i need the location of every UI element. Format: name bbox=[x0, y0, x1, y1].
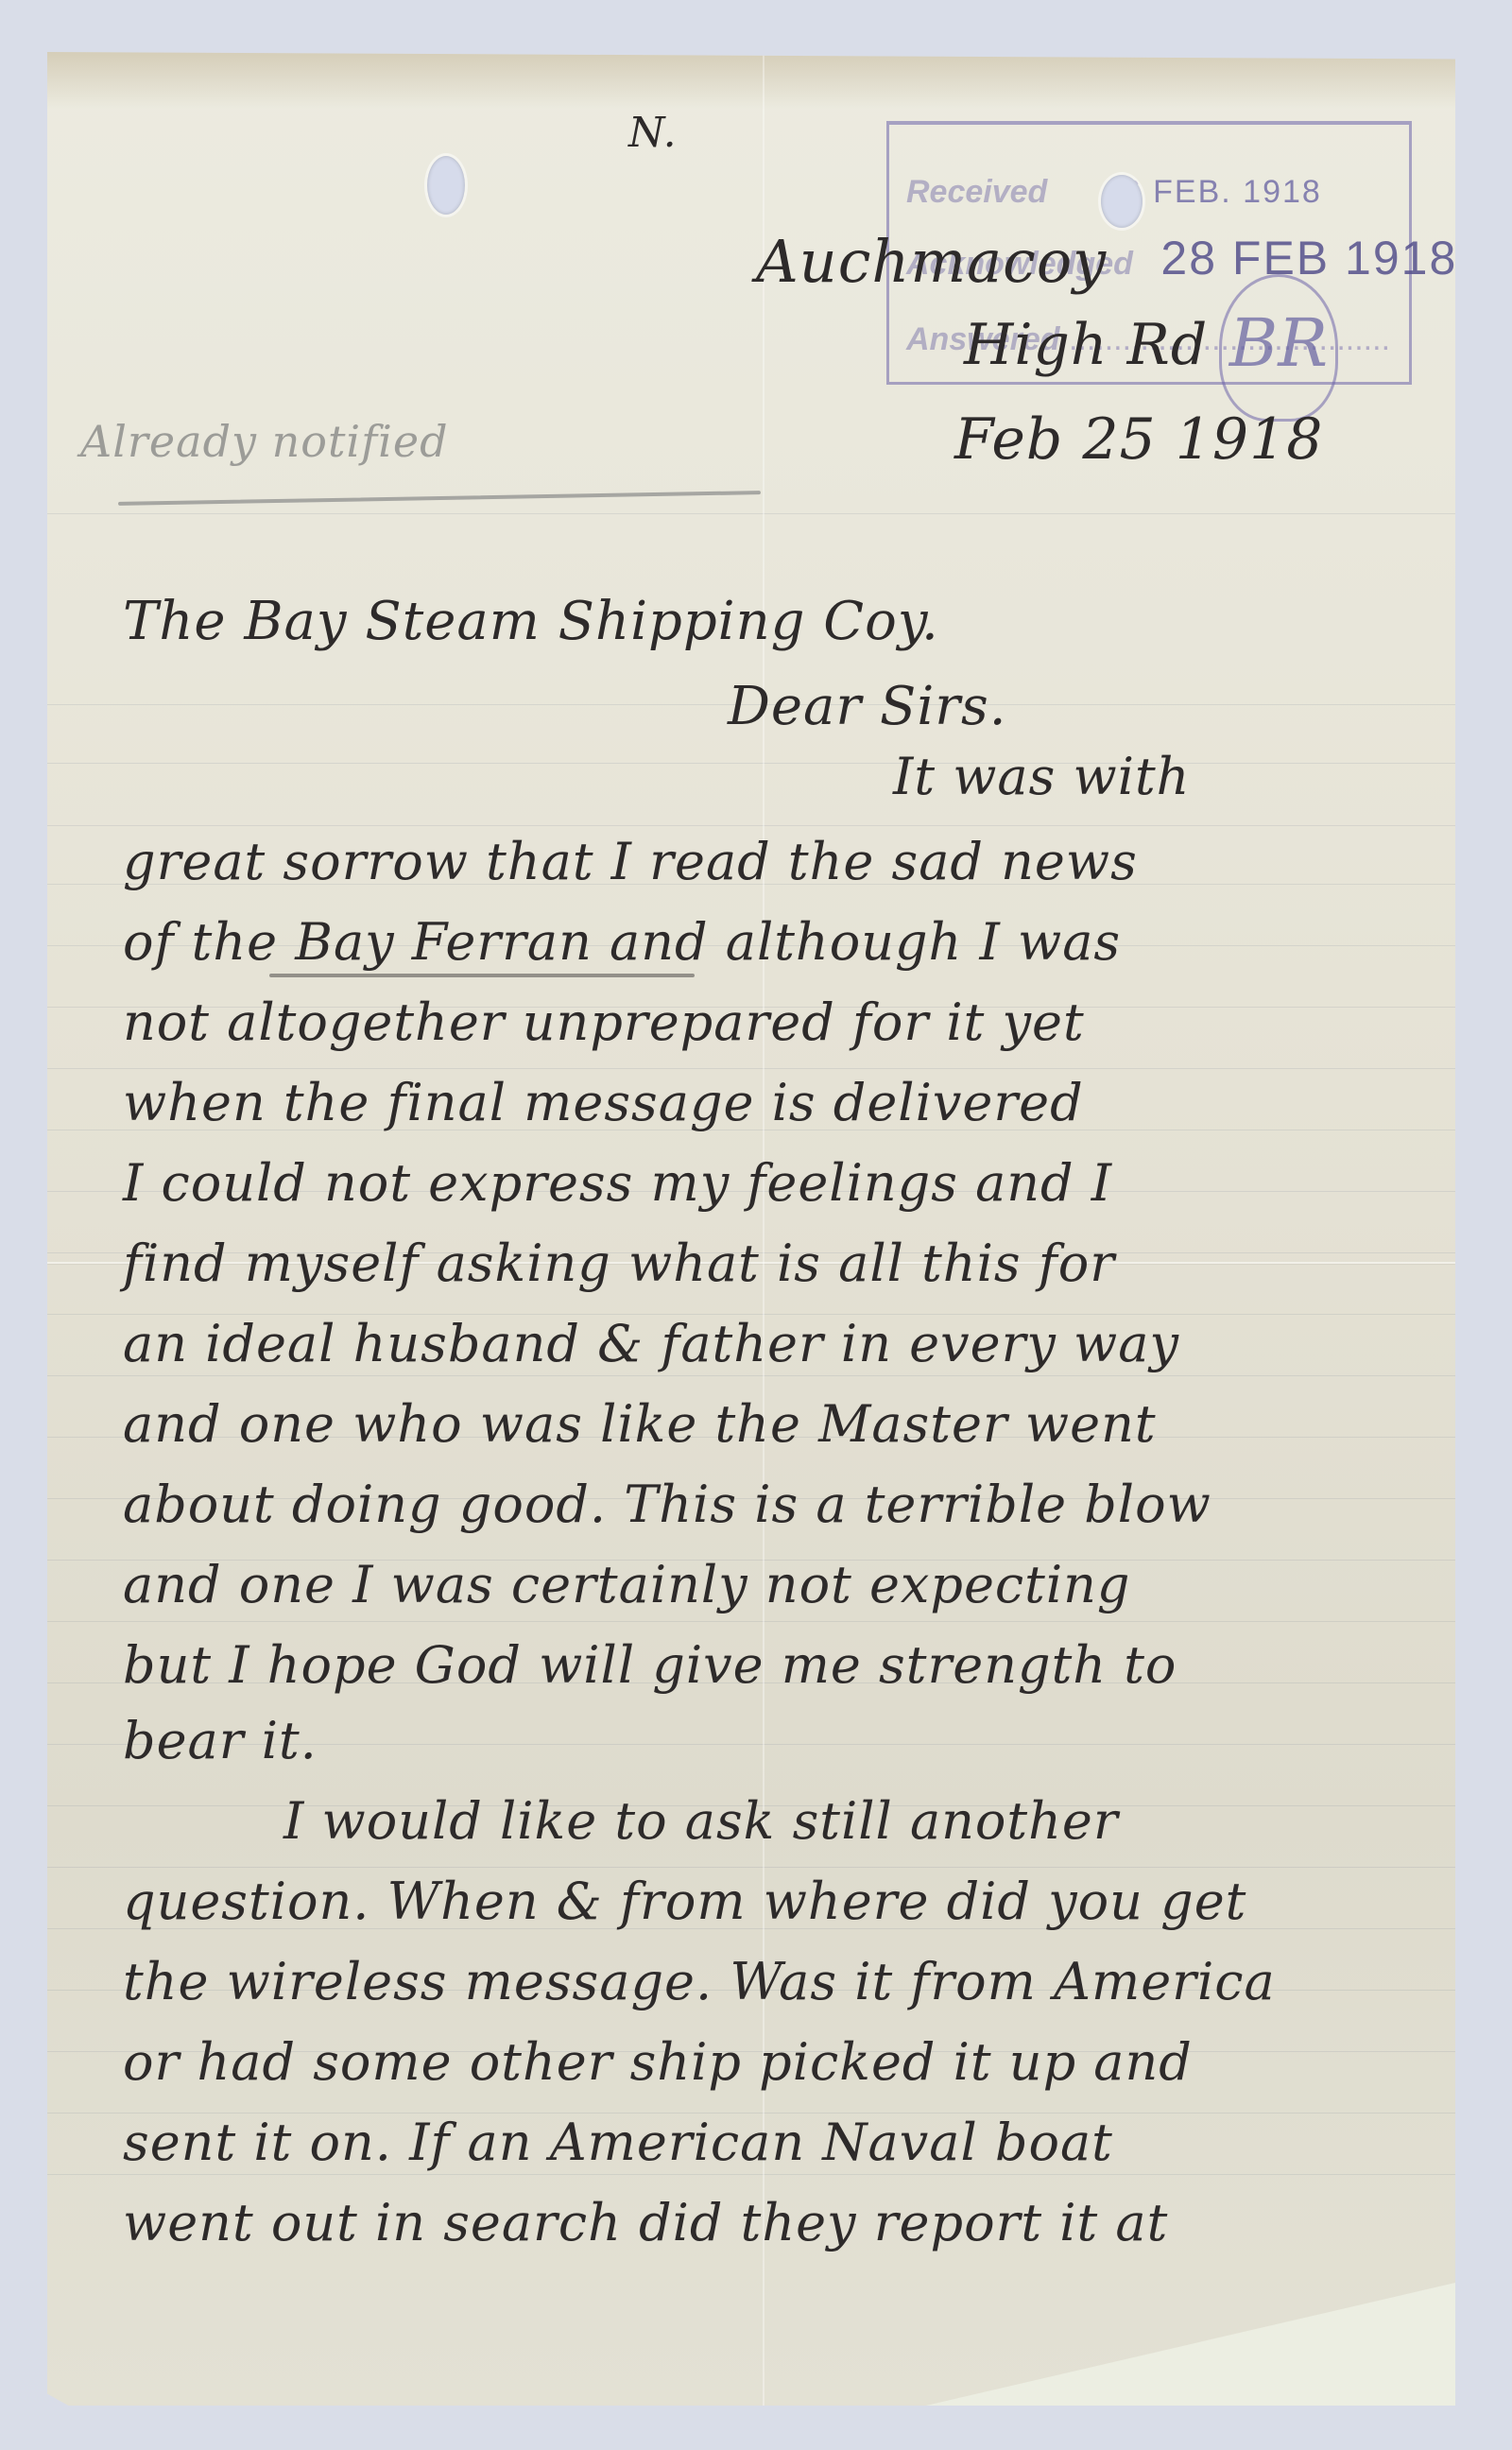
stamp-monogram: BR bbox=[1219, 274, 1338, 422]
body-line: when the final message is delivered bbox=[123, 1073, 1084, 1132]
body-line: but I hope God will give me strength to bbox=[123, 1635, 1177, 1695]
ruled-line bbox=[47, 2174, 1455, 2175]
page-marker: N. bbox=[628, 109, 678, 157]
body-line: or had some other ship picked it up and bbox=[123, 2032, 1193, 2092]
body-line: I would like to ask still another bbox=[283, 1791, 1119, 1851]
body-line: sent it on. If an American Naval boat bbox=[123, 2113, 1113, 2172]
body-line: not altogether unprepared for it yet bbox=[123, 992, 1085, 1052]
ruled-line bbox=[47, 825, 1455, 826]
ruled-line bbox=[47, 1068, 1455, 1069]
body-line: question. When & from where did you get bbox=[123, 1872, 1246, 1931]
body-line: and one I was certainly not expecting bbox=[123, 1555, 1130, 1614]
punch-hole bbox=[1101, 175, 1143, 228]
ruled-line bbox=[47, 1621, 1455, 1622]
stamp-acknowledged-date: 28 FEB 1918 bbox=[1160, 232, 1457, 285]
body-line: find myself asking what is all this for bbox=[123, 1234, 1115, 1293]
body-line: an ideal husband & father in every way bbox=[123, 1314, 1179, 1373]
ruled-line bbox=[47, 1375, 1455, 1376]
body-line: bear it. bbox=[123, 1711, 318, 1770]
salutation: Dear Sirs. bbox=[728, 676, 1007, 737]
pencil-note: Already notified bbox=[80, 416, 449, 467]
letter-date: Feb 25 1918 bbox=[954, 406, 1323, 473]
stamp-received-date: 6 FEB. 1918 bbox=[1123, 174, 1322, 210]
ruled-line bbox=[47, 763, 1455, 764]
address-line-2: High Rd bbox=[964, 312, 1208, 378]
folded-corner bbox=[926, 2283, 1455, 2406]
recipient: The Bay Steam Shipping Coy. bbox=[123, 591, 939, 652]
stamp-received-label: Received bbox=[906, 174, 1047, 210]
address-line-1: Auchmacoy bbox=[756, 227, 1107, 296]
body-line: It was with bbox=[893, 747, 1190, 806]
ruled-line bbox=[47, 1867, 1455, 1868]
body-line: great sorrow that I read the sad news bbox=[123, 832, 1138, 891]
body-line: about doing good. This is a terrible blo… bbox=[123, 1475, 1211, 1534]
body-line: I could not express my feelings and I bbox=[123, 1153, 1112, 1213]
body-line: the wireless message. Was it from Americ… bbox=[123, 1952, 1276, 2011]
body-line: went out in search did they report it at bbox=[123, 2193, 1168, 2252]
body-line: of the Bay Ferran and although I was bbox=[123, 912, 1121, 972]
body-line: and one who was like the Master went bbox=[123, 1394, 1157, 1454]
ruled-line bbox=[47, 513, 1455, 514]
ship-name-underline bbox=[269, 974, 695, 977]
punch-hole bbox=[427, 156, 465, 215]
